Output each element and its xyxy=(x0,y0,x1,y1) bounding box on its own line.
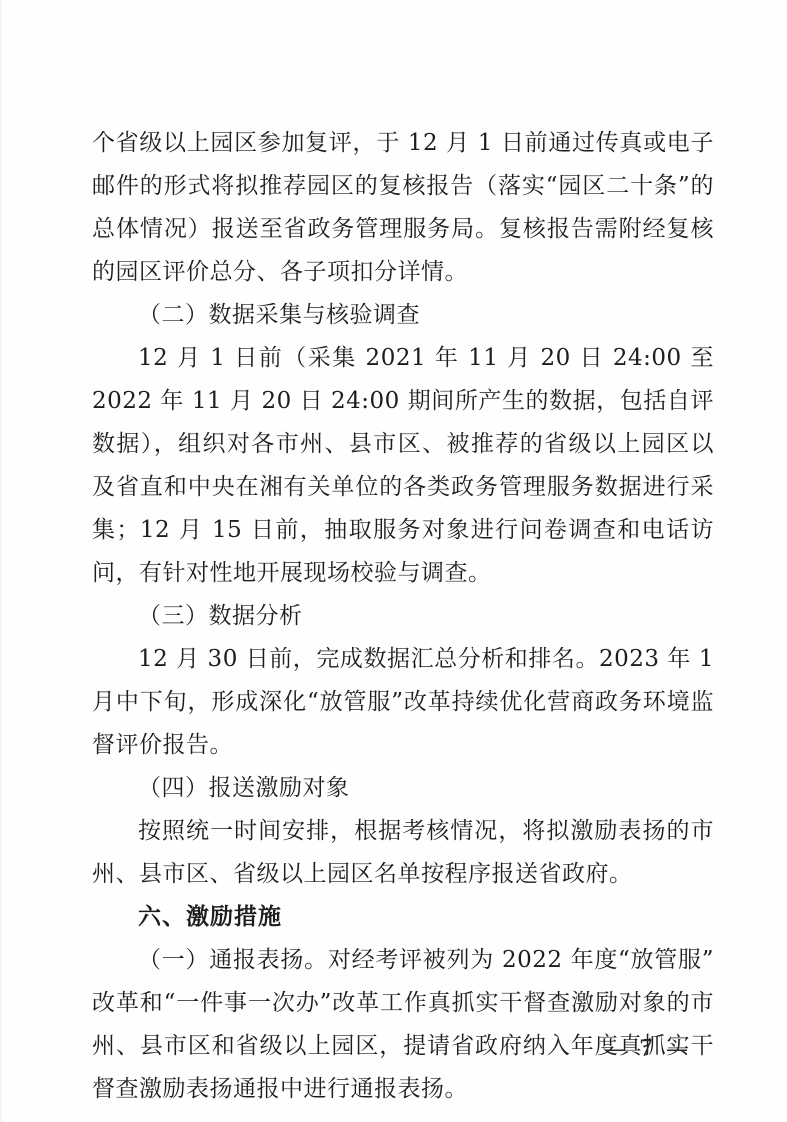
page-number: — 7 — xyxy=(604,1036,691,1064)
paragraph-review-report: 个省级以上园区参加复评，于 12 月 1 日前通过传真或电子邮件的形式将拟推荐园… xyxy=(92,122,714,294)
section-heading-incentive-targets: （四）报送激励对象 xyxy=(92,767,714,810)
section-heading-data-collection: （二）数据采集与核验调查 xyxy=(92,294,714,337)
section-heading-incentive-measures: 六、激励措施 xyxy=(92,896,714,939)
paragraph-data-analysis: 12 月 30 日前，完成数据汇总分析和排名。2023 年 1 月中下旬，形成深… xyxy=(92,638,714,767)
paragraph-commendation: （一）通报表扬。对经考评被列为 2022 年度“放管服”改革和“一件事一次办”改… xyxy=(92,939,714,1111)
paragraph-data-collection: 12 月 1 日前（采集 2021 年 11 月 20 日 24:00 至 20… xyxy=(92,337,714,595)
paragraph-incentive-targets: 按照统一时间安排，根据考核情况，将拟激励表扬的市州、县市区、省级以上园区名单按程… xyxy=(92,810,714,896)
document-body: 个省级以上园区参加复评，于 12 月 1 日前通过传真或电子邮件的形式将拟推荐园… xyxy=(92,122,714,1111)
section-heading-data-analysis: （三）数据分析 xyxy=(92,595,714,638)
document-page: 个省级以上园区参加复评，于 12 月 1 日前通过传真或电子邮件的形式将拟推荐园… xyxy=(0,0,787,1122)
